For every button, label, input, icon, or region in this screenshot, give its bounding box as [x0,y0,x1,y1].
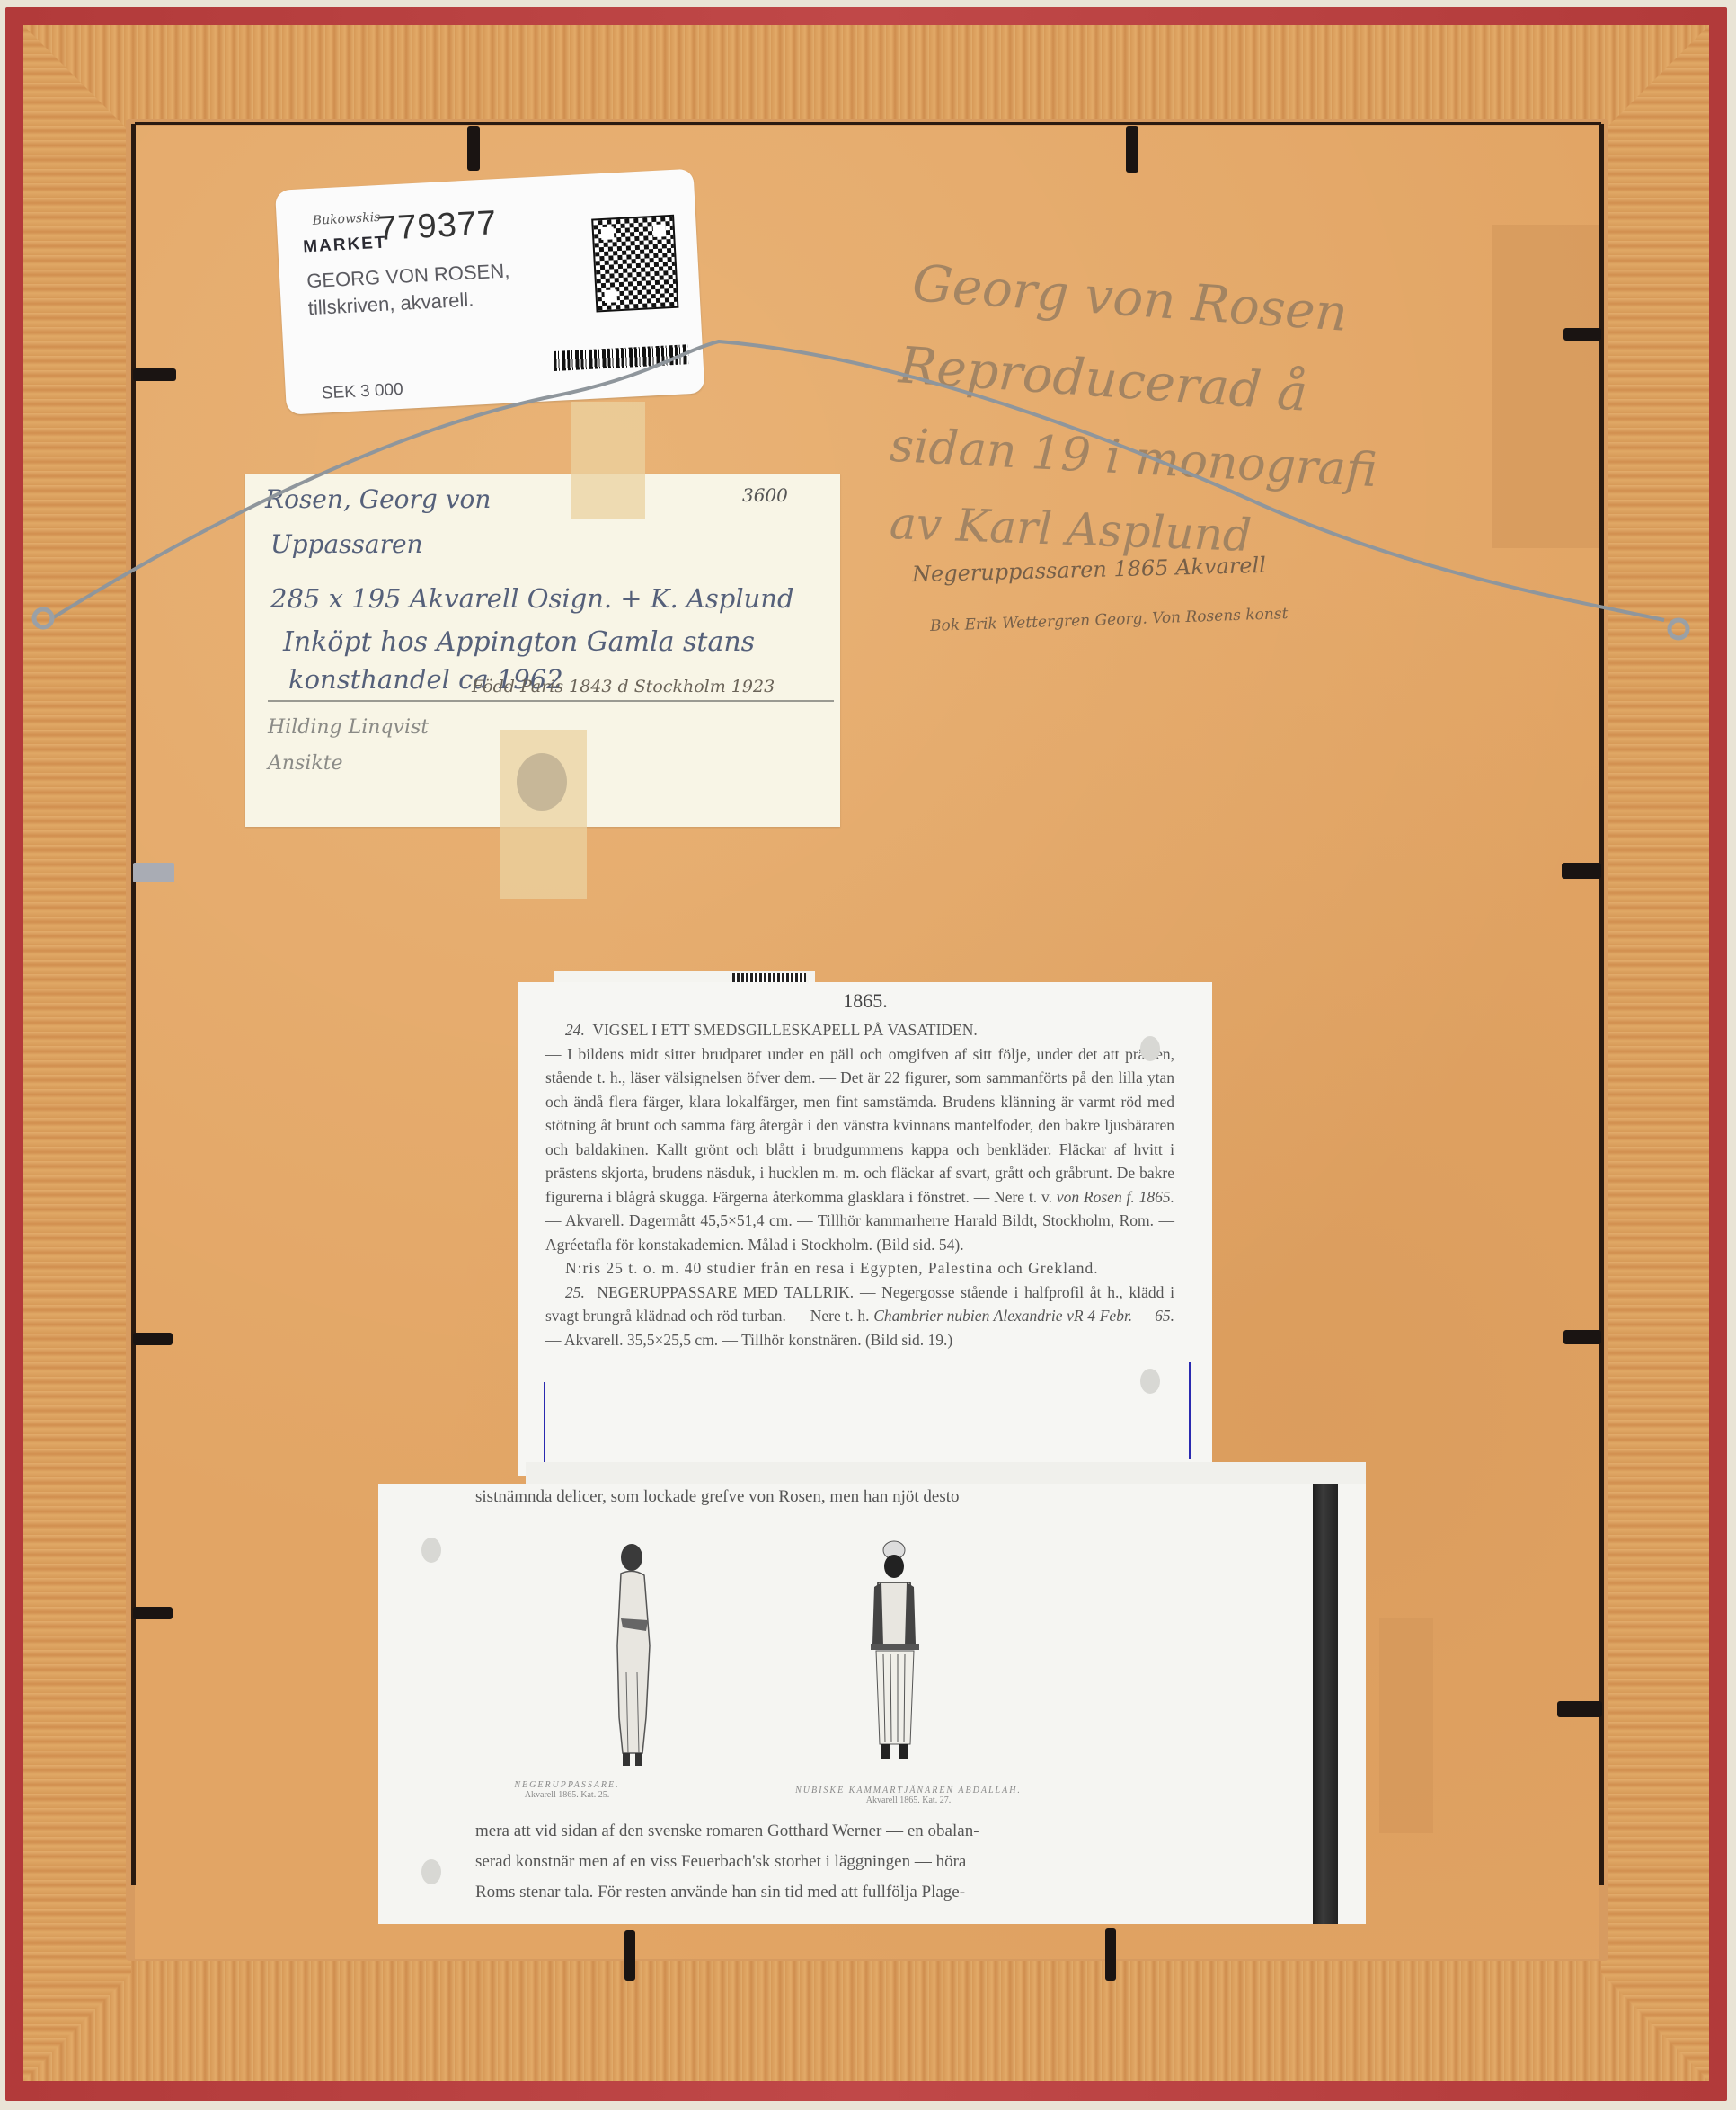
figure-abdallah-illustration [855,1538,935,1771]
blue-ink-mark [1189,1362,1191,1459]
punch-hole [1140,1036,1160,1061]
entry25-title: NEGERUPPASSARE MED TALLRIK. [597,1283,854,1301]
frame-clip [133,1607,173,1619]
barcode-icon [554,344,689,371]
card-artist: Rosen, Georg von [265,484,491,514]
figure1-subtitle: Akvarell 1865. Kat. 25. [477,1790,657,1800]
entry24-body: — I bildens midt sitter brudparet under … [545,1045,1174,1206]
card-title: Uppassaren [270,529,423,559]
entry24-signature: von Rosen f. 1865. [1057,1188,1174,1206]
brand-name: MARKET [303,234,387,258]
frame-clip [1126,126,1138,173]
card-note-hilding: Hilding Linqvist [268,716,429,739]
card-dimensions: 285 x 195 Akvarell Osign. + K. Asplund [270,583,794,614]
figure1-title: NEGERUPPASSARE. [477,1780,657,1790]
page-year-header: 1865. [518,989,1212,1013]
lot-number: 779377 [376,204,498,249]
figure2-title: NUBISKE KAMMARTJÄNAREN ABDALLAH. [774,1786,1043,1795]
brand-script-logo: Bukowskis [312,210,380,228]
entry24-number: 24. [565,1021,585,1039]
punch-hole [421,1538,441,1563]
studies-note: N:ris 25 t. o. m. 40 studier från en res… [545,1256,1174,1281]
frame-clip [1563,1330,1601,1344]
card-price-note: 3600 [742,484,788,506]
entry25-number: 25. [565,1283,585,1301]
card-divider [268,700,834,702]
board-gap-right [1599,124,1604,1885]
tape-strip [1379,1618,1433,1833]
frame-clip [1105,1928,1116,1981]
illus-bottom-line3: Roms stenar tala. För resten använde han… [475,1883,965,1902]
illus-bottom-line1: mera att vid sidan af den svenske romare… [475,1822,979,1841]
board-gap-top [135,122,1601,125]
barcode-scrap-icon [732,973,806,982]
card-note-ansikte: Ansikte [268,752,343,775]
entry24-title: VIGSEL I ETT SMEDSGILLESKAPELL PÅ VASATI… [592,1021,977,1039]
punch-hole [1140,1369,1160,1394]
book-page-1865: 1865. 24. VIGSEL I ETT SMEDSGILLESKAPELL… [518,982,1212,1476]
illus-bottom-line2: serad konstnär men af en viss Feuerbach'… [475,1852,966,1872]
metal-clip [133,863,174,882]
tape-stain [517,753,567,811]
catalogue-text: 24. VIGSEL I ETT SMEDSGILLESKAPELL PÅ VA… [545,1018,1174,1352]
card-birth-death: Född Paris 1843 d Stockholm 1923 [472,677,775,696]
tape-strip [1492,225,1599,548]
qr-code-icon [591,215,678,313]
entry25-tail: — Akvarell. 35,5×25,5 cm. — Tillhör kons… [545,1331,952,1349]
entry24-tail: — Akvarell. Dagermått 45,5×51,4 cm. — Ti… [545,1211,1174,1254]
board-gap-left [131,124,136,1885]
entry25-signature: Chambrier nubien Alexandrie vR 4 Febr. —… [873,1307,1174,1325]
dark-photo-strip [1313,1484,1338,1924]
book-page-illustrations: sistnämnda delicer, som lockade grefve v… [378,1484,1366,1924]
frame-clip [1563,328,1601,341]
frame-clip [1557,1701,1602,1717]
illus-top-line: sistnämnda delicer, som lockade grefve v… [475,1487,960,1507]
figure1-caption: NEGERUPPASSARE. Akvarell 1865. Kat. 25. [477,1780,657,1800]
item-price: SEK 3 000 [321,380,403,404]
frame-clip [624,1930,635,1981]
card-provenance: Inköpt hos Appington Gamla stans [283,626,755,658]
frame-clip [467,126,480,171]
frame-clip [133,368,176,381]
card-tape-top [571,402,645,519]
figure2-subtitle: Akvarell 1865. Kat. 27. [774,1795,1043,1805]
auction-label: Bukowskis MARKET 779377 GEORG VON ROSEN,… [275,169,704,415]
frame-clip [133,1333,173,1345]
item-title: GEORG VON ROSEN, tillskriven, akvarell. [306,257,512,322]
punch-hole [421,1859,441,1884]
figure2-caption: NUBISKE KAMMARTJÄNAREN ABDALLAH. Akvarel… [774,1786,1043,1805]
frame-clip [1562,863,1601,879]
figure-negeruppassare-illustration [603,1538,666,1771]
